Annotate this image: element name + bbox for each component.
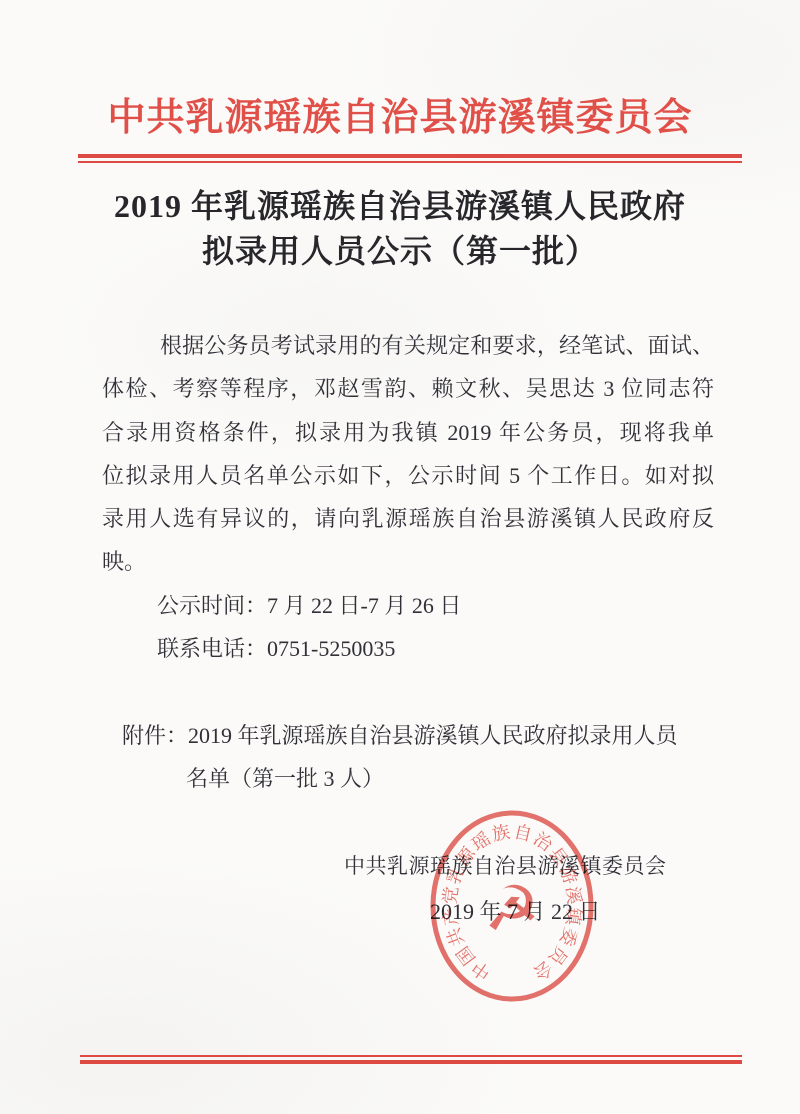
document-title: 2019 年乳源瑶族自治县游溪镇人民政府 拟录用人员公示（第一批） [0,184,800,274]
attachment-line-2: 名单（第一批 3 人） [102,757,714,800]
body-line: 录用人选有异议的，请向乳源瑶族自治县游溪镇人民政府反 [102,497,714,540]
document-body: 根据公务员考试录用的有关规定和要求，经笔试、面试、 体检、考察等程序，邓赵雪韵、… [102,324,714,800]
body-line: 合录用资格条件，拟录用为我镇 2019 年公务员，现将我单 [102,411,714,454]
document-title-line-1: 2019 年乳源瑶族自治县游溪镇人民政府 [0,184,800,229]
attachment-line-1: 附件：2019 年乳源瑶族自治县游溪镇人民政府拟录用人员 [102,714,714,757]
blank-line [102,670,714,713]
rule-thick-line [80,1060,742,1064]
publicity-period-line: 公示时间：7 月 22 日-7 月 26 日 [102,584,714,627]
signature-org-name: 中共乳源瑶族自治县游溪镇委员会 [344,851,667,881]
body-line: 位拟录用人员名单公示如下，公示时间 5 个工作日。如对拟 [102,454,714,497]
document-title-line-2: 拟录用人员公示（第一批） [0,229,800,274]
footer-divider-rule [80,1055,742,1064]
rule-thin-line [78,161,742,163]
body-line: 映。 [102,540,714,583]
letterhead-org-name: 中共乳源瑶族自治县游溪镇委员会 [0,94,800,142]
body-line: 根据公务员考试录用的有关规定和要求，经笔试、面试、 [102,324,714,367]
scanned-document-page: 中共乳源瑶族自治县游溪镇委员会 2019 年乳源瑶族自治县游溪镇人民政府 拟录用… [0,0,800,1114]
signature-date: 2019 年 7 月 22 日 [430,897,601,927]
body-line: 体检、考察等程序，邓赵雪韵、赖文秋、吴思达 3 位同志符 [102,367,714,410]
contact-phone-line: 联系电话：0751-5250035 [102,627,714,670]
letterhead-divider-rule [78,154,742,163]
